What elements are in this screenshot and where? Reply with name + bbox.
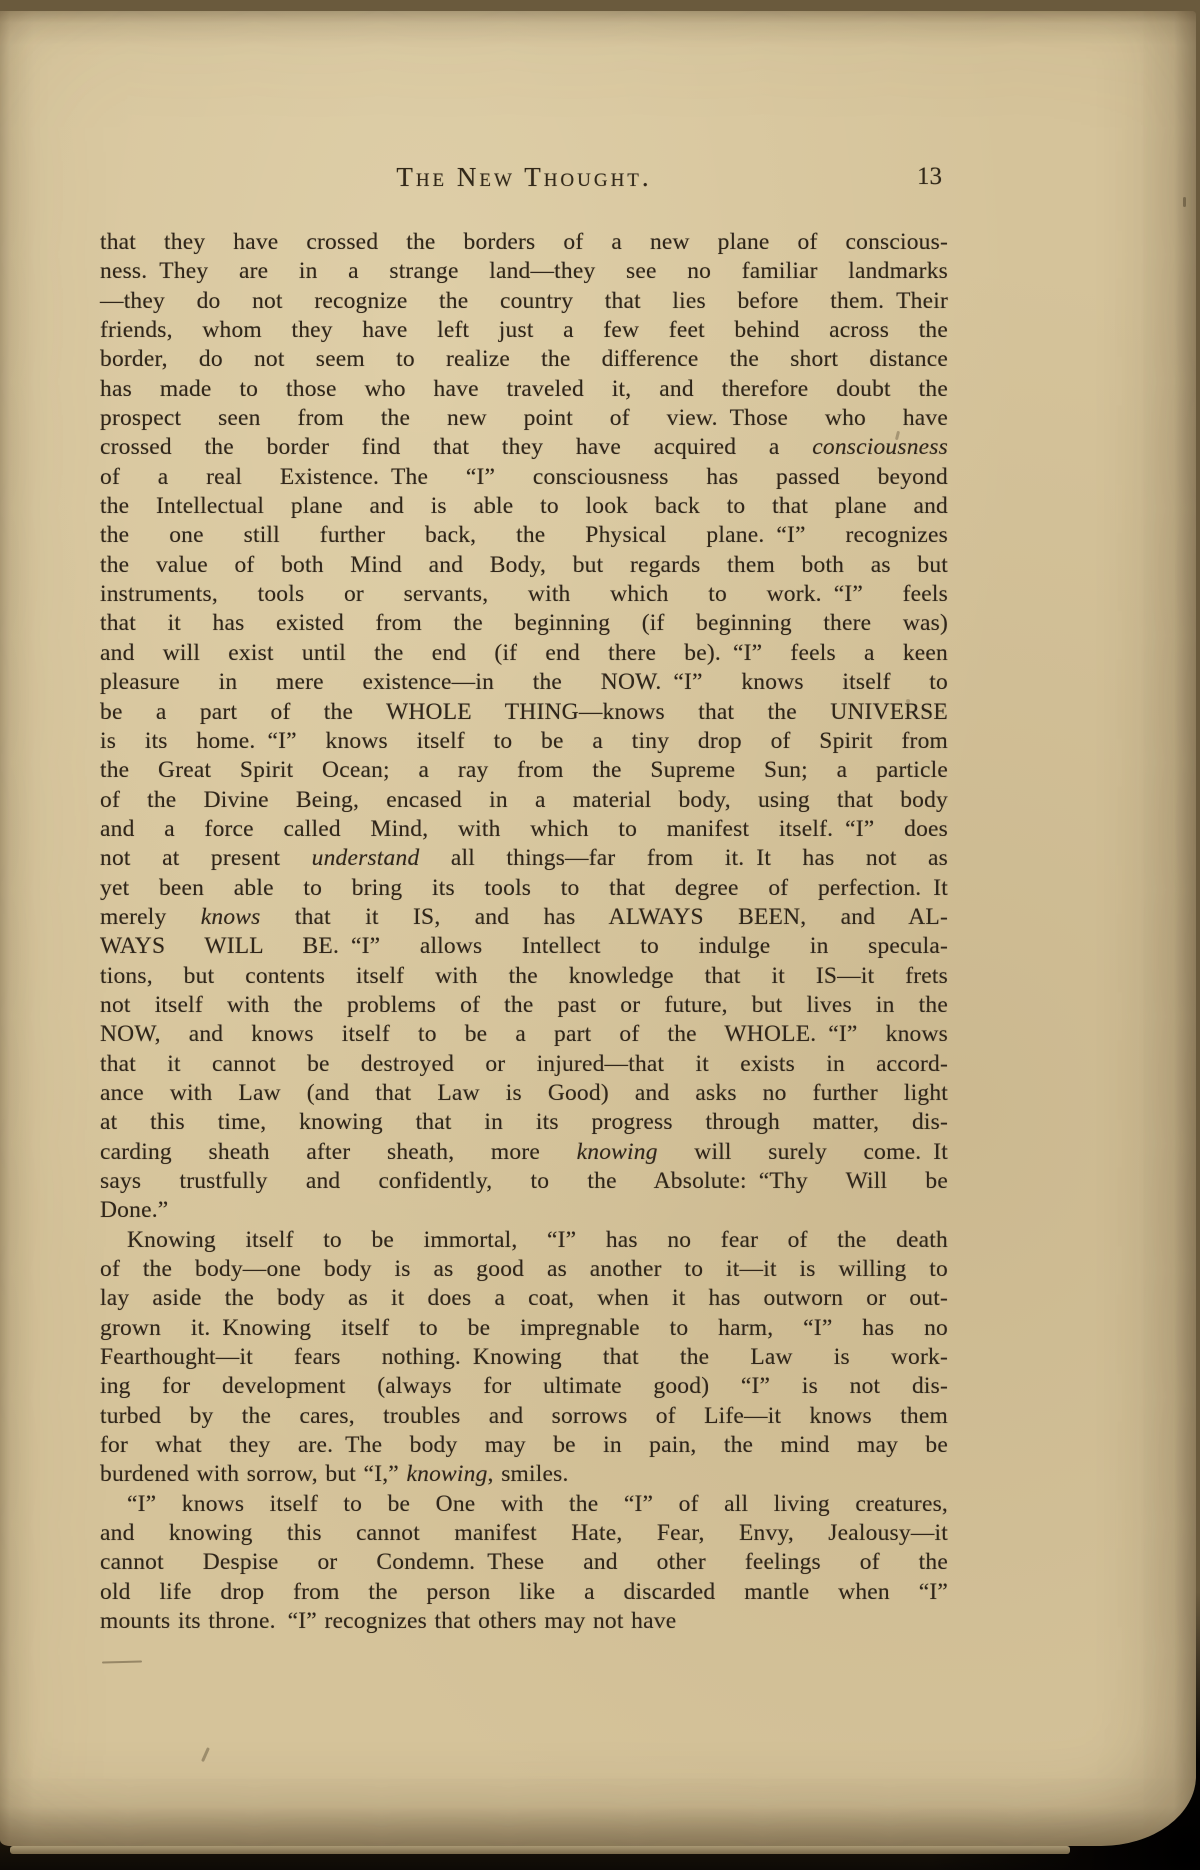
text-line: that it cannot be destroyed or injured—t… — [100, 1050, 948, 1079]
text-line: ing for development (always for ultimate… — [100, 1372, 948, 1401]
text-segment: NOW, and knows itself to be a part of th… — [100, 1021, 948, 1047]
text-line: says trustfully and confidently, to the … — [100, 1167, 948, 1196]
text-segment: instruments, tools or servants, with whi… — [100, 581, 948, 607]
text-segment: the Great Spirit Ocean; a ray from the S… — [100, 757, 948, 783]
text-line: NOW, and knows itself to be a part of th… — [100, 1020, 948, 1049]
text-line: the Great Spirit Ocean; a ray from the S… — [100, 756, 948, 785]
text-line: the value of both Mind and Body, but reg… — [100, 551, 948, 580]
text-segment: WAYS WILL BE. “I” allows Intellect to in… — [100, 933, 948, 959]
text-segment: and knowing this cannot manifest Hate, F… — [100, 1520, 948, 1546]
text-line: yet been able to bring its tools to that… — [100, 874, 948, 903]
text-segment: of the Divine Being, encased in a materi… — [100, 787, 948, 813]
text-segment: —they do not recognize the country that … — [100, 288, 948, 314]
italic-text: understand — [312, 845, 420, 871]
text-line: for what they are. The body may be in pa… — [100, 1431, 948, 1460]
text-segment: that it cannot be destroyed or injured—t… — [100, 1051, 948, 1077]
text-segment: prospect seen from the new point of view… — [100, 405, 948, 431]
text-segment: of the body—one body is as good as anoth… — [100, 1256, 948, 1282]
text-segment: that it has existed from the beginning (… — [100, 610, 948, 636]
text-line: of the Divine Being, encased in a materi… — [100, 786, 948, 815]
text-segment: and will exist until the end (if end the… — [100, 640, 948, 666]
text-line: that they have crossed the borders of a … — [100, 228, 948, 257]
text-line: ance with Law (and that Law is Good) and… — [100, 1079, 948, 1108]
text-line: prospect seen from the new point of view… — [100, 404, 948, 433]
text-segment: will surely come. It — [658, 1139, 948, 1165]
text-segment: the value of both Mind and Body, but reg… — [100, 552, 948, 578]
text-segment: the one still further back, the Physical… — [100, 522, 948, 548]
running-head: The New Thought. 13 — [100, 157, 948, 197]
text-line: and a force called Mind, with which to m… — [100, 815, 948, 844]
text-line: of the body—one body is as good as anoth… — [100, 1255, 948, 1284]
pencil-slash-mark — [201, 1747, 209, 1762]
book-page: The New Thought. 13 that they have cross… — [0, 11, 1196, 1846]
text-line: old life drop from the person like a dis… — [100, 1578, 948, 1607]
text-segment: Done.” — [100, 1197, 168, 1223]
text-segment: says trustfully and confidently, to the … — [100, 1168, 948, 1194]
text-segment: mounts its throne. “I” recognizes that o… — [100, 1608, 676, 1634]
text-line: and will exist until the end (if end the… — [100, 639, 948, 668]
text-segment: is its home. “I” knows itself to be a ti… — [100, 728, 948, 754]
page-title: The New Thought. — [100, 157, 948, 197]
text-line: ness. They are in a strange land—they se… — [100, 257, 948, 286]
text-segment: friends, whom they have left just a few … — [100, 317, 948, 343]
text-segment: lay aside the body as it does a coat, wh… — [100, 1285, 948, 1311]
text-line: tions, but contents itself with the know… — [100, 962, 948, 991]
text-line: crossed the border find that they have a… — [100, 433, 948, 462]
text-segment: tions, but contents itself with the know… — [100, 963, 948, 989]
pencil-dash-mark — [102, 1660, 142, 1663]
text-segment: has made to those who have traveled it, … — [100, 376, 948, 402]
text-segment: that they have crossed the borders of a … — [100, 229, 948, 255]
text-segment: not itself with the problems of the past… — [100, 992, 948, 1018]
text-line: grown it. Knowing itself to be impregnab… — [100, 1314, 948, 1343]
text-segment: grown it. Knowing itself to be impregnab… — [100, 1315, 948, 1341]
text-segment: the Intellectual plane and is able to lo… — [100, 493, 948, 519]
italic-text: knowing — [407, 1461, 488, 1487]
text-line: merely knows that it IS, and has ALWAYS … — [100, 903, 948, 932]
edge-tick-mark — [1183, 197, 1186, 207]
text-line: cannot Despise or Condemn. These and oth… — [100, 1548, 948, 1577]
italic-text: knows — [201, 904, 261, 930]
text-line: that it has existed from the beginning (… — [100, 609, 948, 638]
text-line: WAYS WILL BE. “I” allows Intellect to in… — [100, 932, 948, 961]
text-segment: merely — [100, 904, 201, 930]
text-segment: turbed by the cares, troubles and sorrow… — [100, 1403, 948, 1429]
text-segment: for what they are. The body may be in pa… — [100, 1432, 948, 1458]
text-segment: ing for development (always for ultimate… — [100, 1373, 948, 1399]
text-segment: , smiles. — [488, 1461, 569, 1487]
text-segment: not at present — [100, 845, 312, 871]
text-line: pleasure in mere existence—in the NOW. “… — [100, 668, 948, 697]
text-line: instruments, tools or servants, with whi… — [100, 580, 948, 609]
text-segment: ness. They are in a strange land—they se… — [100, 258, 948, 284]
text-segment: crossed the border find that they have a… — [100, 434, 812, 460]
text-line: and knowing this cannot manifest Hate, F… — [100, 1519, 948, 1548]
text-segment: “I” knows itself to be One with the “I” … — [127, 1491, 948, 1517]
text-segment: yet been able to bring its tools to that… — [100, 875, 948, 901]
text-segment: ance with Law (and that Law is Good) and… — [100, 1080, 948, 1106]
margin-dot-mark — [906, 699, 910, 703]
text-line: not at present understand all things—far… — [100, 844, 948, 873]
text-line: is its home. “I” knows itself to be a ti… — [100, 727, 948, 756]
text-line: mounts its throne. “I” recognizes that o… — [100, 1607, 948, 1636]
text-line: the Intellectual plane and is able to lo… — [100, 492, 948, 521]
text-line: lay aside the body as it does a coat, wh… — [100, 1284, 948, 1313]
text-segment: at this time, knowing that in its progre… — [100, 1109, 948, 1135]
paragraph: that they have crossed the borders of a … — [100, 228, 948, 1226]
text-line: at this time, knowing that in its progre… — [100, 1108, 948, 1137]
text-line: Knowing itself to be immortal, “I” has n… — [100, 1226, 948, 1255]
text-line: border, do not seem to realize the diffe… — [100, 345, 948, 374]
text-line: the one still further back, the Physical… — [100, 521, 948, 550]
text-line: burdened with sorrow, but “I,” knowing, … — [100, 1460, 948, 1489]
text-segment: all things—far from it. It has not as — [419, 845, 948, 871]
text-segment: cannot Despise or Condemn. These and oth… — [100, 1549, 948, 1575]
book-page-stack-edge — [10, 1846, 1070, 1854]
text-segment: that it IS, and has ALWAYS BEEN, and AL- — [261, 904, 948, 930]
text-segment: Knowing itself to be immortal, “I” has n… — [127, 1227, 948, 1253]
text-line: Done.” — [100, 1196, 948, 1225]
paragraph: Knowing itself to be immortal, “I” has n… — [100, 1226, 948, 1490]
scanned-page-photo: The New Thought. 13 that they have cross… — [0, 0, 1200, 1870]
text-segment: of a real Existence. The “I” consciousne… — [100, 464, 948, 490]
text-line: be a part of the WHOLE THING—knows that … — [100, 698, 948, 727]
text-segment: burdened with sorrow, but “I,” — [100, 1461, 407, 1487]
italic-text: knowing — [577, 1139, 658, 1165]
text-line: has made to those who have traveled it, … — [100, 375, 948, 404]
text-segment: Fearthought—it fears nothing. Knowing th… — [100, 1344, 948, 1370]
text-line: carding sheath after sheath, more knowin… — [100, 1138, 948, 1167]
text-segment: and a force called Mind, with which to m… — [100, 816, 948, 842]
text-line: Fearthought—it fears nothing. Knowing th… — [100, 1343, 948, 1372]
text-line: “I” knows itself to be One with the “I” … — [100, 1490, 948, 1519]
paragraph: “I” knows itself to be One with the “I” … — [100, 1490, 948, 1637]
text-line: of a real Existence. The “I” consciousne… — [100, 463, 948, 492]
text-line: friends, whom they have left just a few … — [100, 316, 948, 345]
italic-text: consciousness — [812, 434, 948, 460]
text-segment: carding sheath after sheath, more — [100, 1139, 577, 1165]
text-line: not itself with the problems of the past… — [100, 991, 948, 1020]
page-body: that they have crossed the borders of a … — [100, 228, 948, 1637]
page-number: 13 — [917, 157, 942, 197]
text-line: turbed by the cares, troubles and sorrow… — [100, 1402, 948, 1431]
text-line: —they do not recognize the country that … — [100, 287, 948, 316]
text-segment: border, do not seem to realize the diffe… — [100, 346, 948, 372]
text-segment: old life drop from the person like a dis… — [100, 1579, 948, 1605]
text-segment: pleasure in mere existence—in the NOW. “… — [100, 669, 948, 695]
text-segment: be a part of the WHOLE THING—knows that … — [100, 699, 948, 725]
